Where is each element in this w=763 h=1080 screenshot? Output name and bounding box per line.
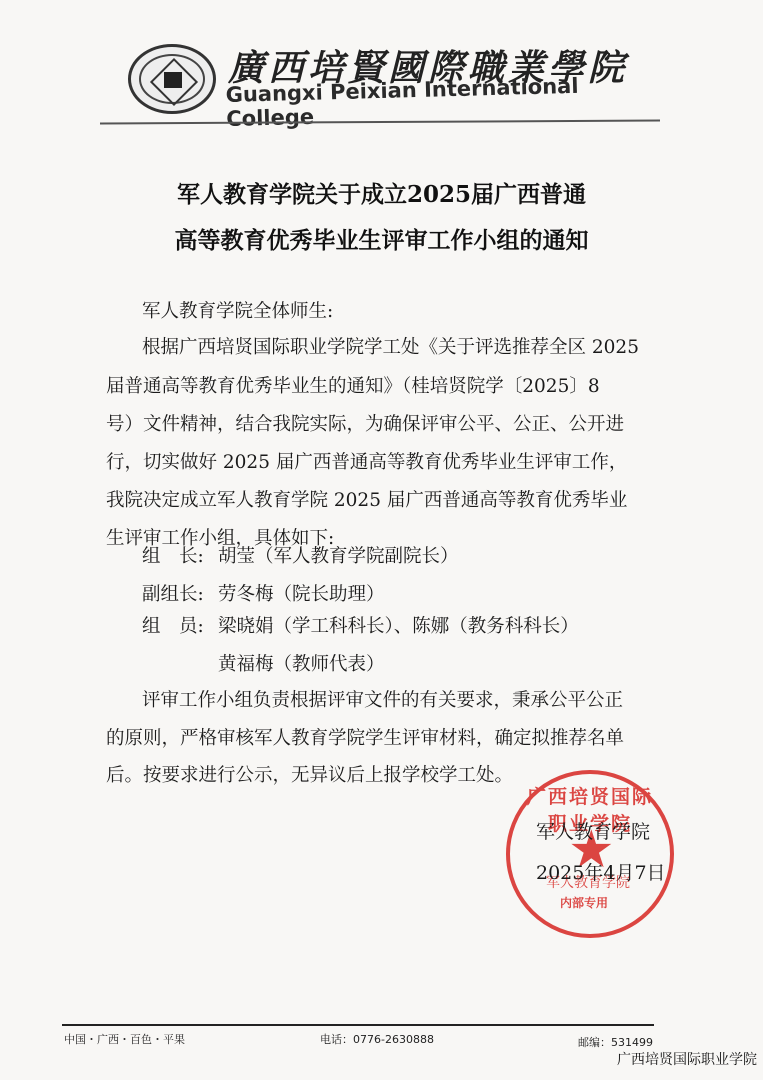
member-names: 梁晓娟（学工科科长）、陈娜（教务科科长） <box>218 612 579 638</box>
member-names: 劳冬梅（院长助理） <box>218 580 385 606</box>
footer-postcode: 邮编：531499 <box>578 1034 653 1050</box>
paragraph2-line: 后。按要求进行公示，无异议后上报学校学工处。 <box>106 761 513 787</box>
footer-phone: 电话：0776-2630888 <box>320 1031 434 1047</box>
member-role: 组 长: <box>142 542 204 568</box>
paragraph1-line: 行，切实做好 2025 届广西普通高等教育优秀毕业生评审工作， <box>106 448 627 474</box>
paragraph2-line: 评审工作小组负责根据评审文件的有关要求，秉承公平公正 <box>142 686 623 712</box>
salutation: 军人教育学院全体师生: <box>142 297 333 323</box>
stamp-internal-text: 内部专用 <box>560 894 608 911</box>
signature-date: 2025年4月7日 <box>536 858 666 885</box>
signature-org: 军人教育学院 <box>536 817 650 844</box>
letterhead: 廣西培賢國際職業學院 Guangxi Peixian International… <box>120 38 660 118</box>
paragraph1-line: 号）文件精神，结合我院实际，为确保评审公平、公正、公开进 <box>106 410 624 436</box>
member-names: 胡莹（军人教育学院副院长） <box>218 542 459 568</box>
paragraph1-line: 我院决定成立军人教育学院 2025 届广西普通高等教育优秀毕业 <box>106 486 627 512</box>
footer-divider <box>62 1024 654 1026</box>
footer-address: 中国・广西・百色・平果 <box>64 1031 185 1047</box>
paragraph1-line: 届普通高等教育优秀毕业生的通知》（桂培贤院学〔2025〕8 <box>106 372 600 398</box>
notice-title-line1: 军人教育学院关于成立2025届广西普通 <box>0 176 763 209</box>
member-names: 黄福梅（教师代表） <box>218 650 385 676</box>
member-role: 组 员: <box>142 612 204 638</box>
college-logo-icon <box>128 44 216 114</box>
paragraph2-line: 的原则，严格审核军人教育学院学生评审材料，确定拟推荐名单 <box>106 724 624 750</box>
source-watermark: 广西培贤国际职业学院 <box>617 1049 757 1069</box>
member-role: 副组长: <box>142 580 204 606</box>
paragraph1-line: 根据广西培贤国际职业学院学工处《关于评选推荐全区 2025 <box>142 333 639 359</box>
official-seal-stamp: 广西培贤国际职业学院 ★ 军人教育学院 内部专用 <box>506 770 674 938</box>
document-page: 廣西培賢國際職業學院 Guangxi Peixian International… <box>0 0 763 1080</box>
notice-title-line2: 高等教育优秀毕业生评审工作小组的通知 <box>0 222 763 255</box>
